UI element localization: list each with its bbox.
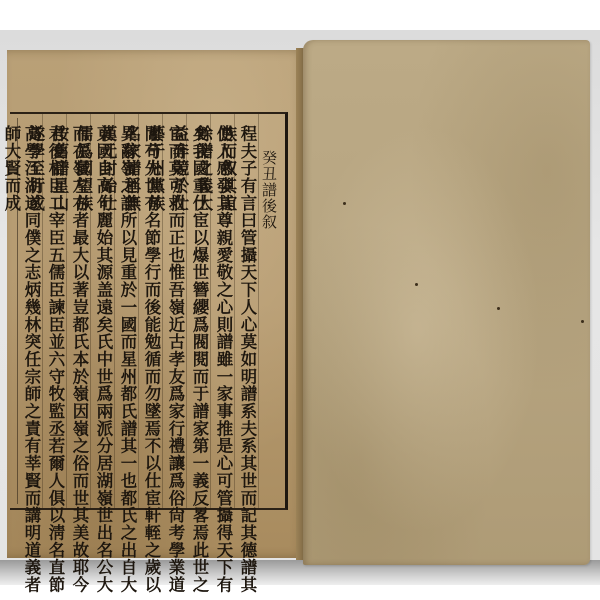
text-column-1: 程夫子有言曰管攝天下人心莫如明譜系夫系其世而記其德譜其族而叙其誼 [237,125,257,600]
text-column-10: 高學江湖遂同僕之志炳幾林突任宗師之責有莘賢而講明道義者師大賢而成 [21,125,41,600]
paper-speck [581,320,584,323]
text-column-3: 矣我國重仕宦以爆世簪纓爲閥閱而于譜家第一義反畧焉此世之益奔競於仕 [189,125,209,600]
text-column-6: 異辭嶺之譜所以見重於一國而星州都氏譜其一也都氏之出自大漢元封始仕 [117,125,137,600]
text-column-7: 東國自高句麗始其源盖遠矣氏中世爲兩派分居湖嶺世出名公大儒爲國望族 [93,125,113,600]
page-title: 癸丑譜後叙 [259,150,279,230]
text-column-8: 而在嶺左右者最大以著豈都氏本於嶺因嶺之俗而世其美故耶今按舊譜星山 [69,125,89,600]
right-page-blank [303,40,590,565]
text-column-2: 使人感發其尊親愛敬之心則譜雖一家事推是心可管攝得天下有餘譜之義大 [213,125,233,600]
text-column-5: 閭苟先世有名節學行而後能勉循而勿墜焉不以仕宦軒輊之歲以名家譜稱無 [141,125,161,600]
paper-speck [497,307,500,310]
text-column-4: 宦而莫可救而正也惟吾嶺近古孝友爲家行禮讓爲俗尙考學業道藝于州黨族 [165,125,185,600]
paper-speck [415,283,418,286]
paper-speck [343,202,346,205]
text-column-9: 君後相臣二宰臣五儒臣諫臣並六守牧監丞若爾人俱以淸名直節遂學至行或 [45,125,65,600]
